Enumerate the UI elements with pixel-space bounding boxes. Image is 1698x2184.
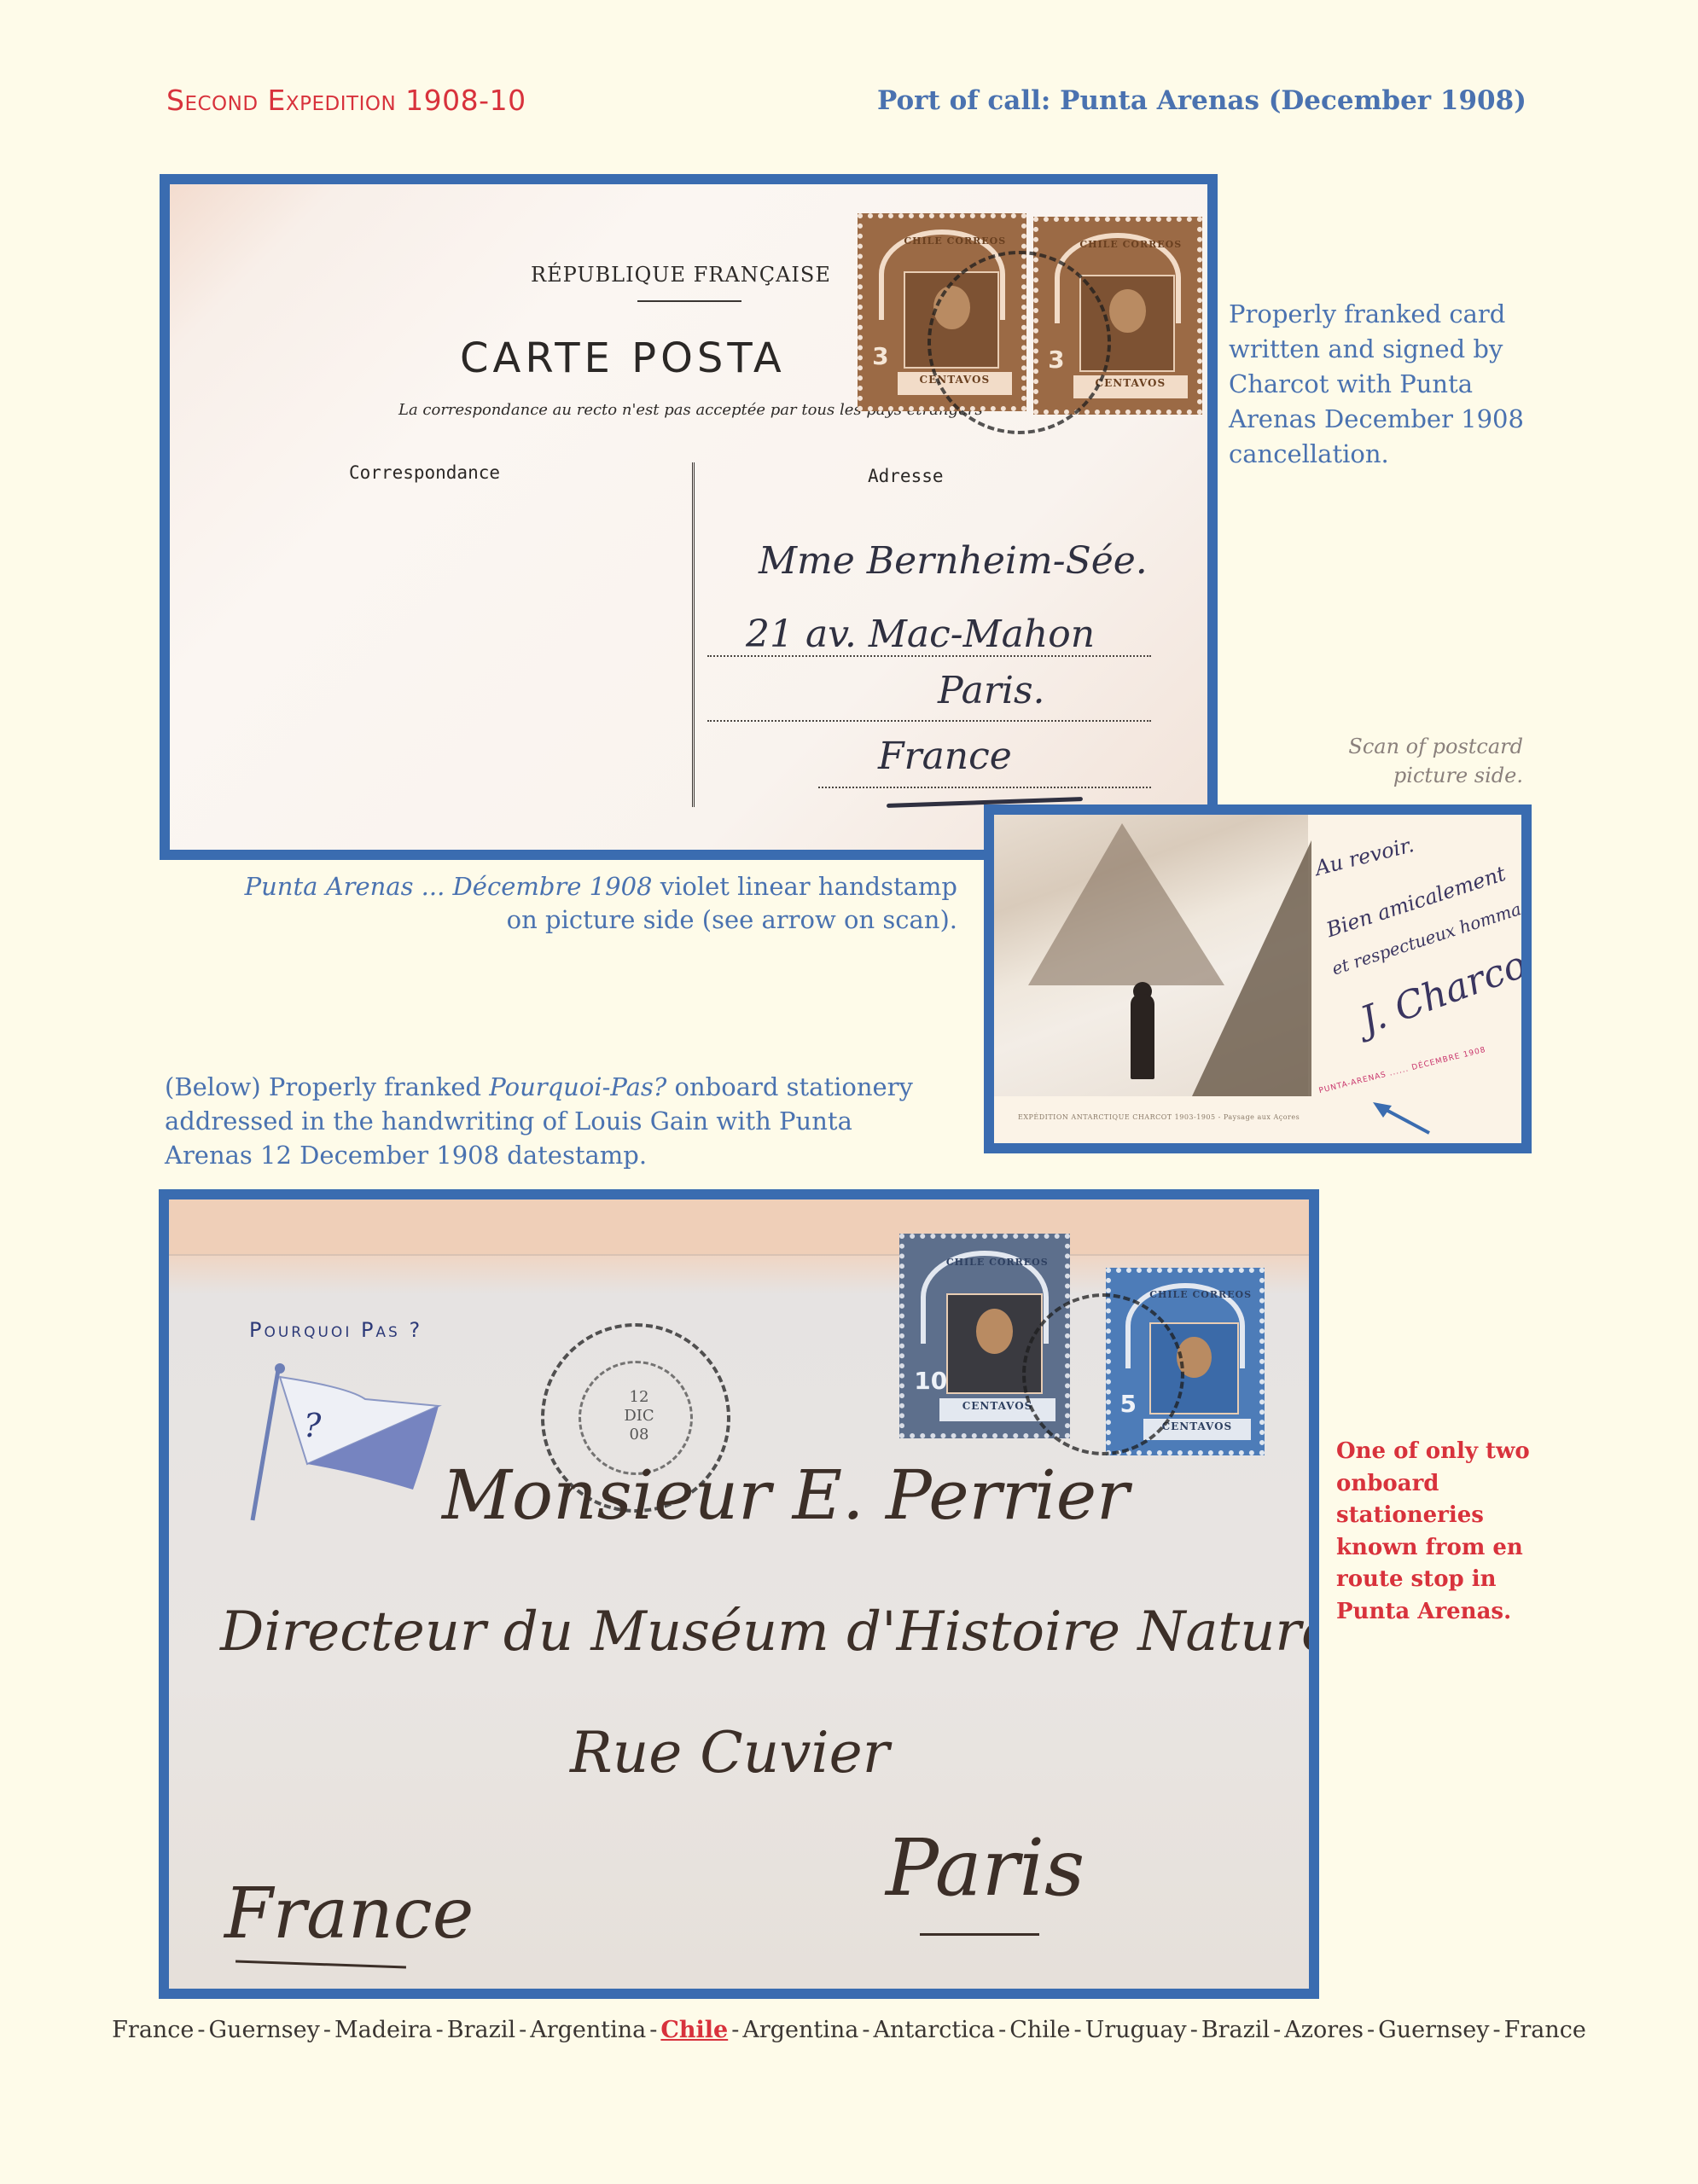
itinerary-stop: France [1504, 2017, 1586, 2043]
ship-letterhead: Pourquoi Pas ? [249, 1318, 422, 1342]
itinerary-separator: - [436, 2017, 444, 2043]
handwritten-address-line: Directeur du Muséum d'Histoire Naturelle [220, 1600, 1309, 1664]
port-of-call-title: Port of call: Punta Arenas (December 190… [877, 85, 1526, 116]
itinerary-separator: - [1073, 2017, 1081, 2043]
itinerary-separator: - [731, 2017, 739, 2043]
envelope-caption: (Below) Properly franked Pourquoi-Pas? o… [165, 1070, 933, 1172]
handstamp-caption: Punta Arenas ... Décembre 1908 violet li… [171, 870, 957, 937]
itinerary-separator: - [197, 2017, 205, 2043]
handwritten-address-line: Paris [886, 1822, 1085, 1914]
postcard-address-side: RÉPUBLIQUE FRANÇAISE CARTE POSTA La corr… [160, 174, 1218, 860]
rarity-note: One of only two onboard stationeries kno… [1336, 1436, 1541, 1628]
itinerary-stop: France [112, 2017, 194, 2043]
antarctic-photo [994, 815, 1308, 1096]
expedition-itinerary: France-Guernsey-Madeira-Brazil-Argentina… [0, 2017, 1698, 2043]
itinerary-separator: - [649, 2017, 657, 2043]
punta-arenas-cancellation [928, 251, 1111, 434]
handstamp-text-italic: Punta Arenas ... Décembre 1908 [245, 872, 653, 901]
itinerary-stop: Argentina [530, 2017, 646, 2043]
arrow-icon [1369, 1101, 1438, 1138]
itinerary-stop: Guernsey [1378, 2017, 1489, 2043]
handwriting-underline [920, 1933, 1039, 1936]
postcard-picture-side: EXPÉDITION ANTARCTIQUE CHARCOT 1903-1905… [984, 804, 1532, 1153]
carte-postale-heading: CARTE POSTA [460, 334, 786, 382]
correspondance-label: Correspondance [349, 462, 500, 483]
itinerary-stop: Azores [1284, 2017, 1364, 2043]
itinerary-stop-current: Chile [660, 2017, 728, 2043]
itinerary-stop: Madeira [334, 2017, 433, 2043]
pennant-flag-icon: ? [246, 1362, 451, 1524]
postcard-divider [692, 462, 695, 807]
republique-francaise-heading: RÉPUBLIQUE FRANÇAISE [531, 263, 831, 287]
itinerary-stop: Uruguay [1085, 2017, 1187, 2043]
itinerary-separator: - [323, 2017, 331, 2043]
itinerary-separator: - [1492, 2017, 1500, 2043]
itinerary-stop: Guernsey [209, 2017, 320, 2043]
heading-rule [637, 300, 741, 302]
address-line [818, 787, 1151, 788]
handwritten-address-line: France [878, 735, 1012, 778]
itinerary-stop: Argentina [742, 2017, 858, 2043]
section-title: Second Expedition 1908-10 [166, 84, 526, 117]
itinerary-separator: - [1273, 2017, 1281, 2043]
handwritten-address-line: Paris. [938, 669, 1045, 712]
postcard-description: Properly franked card written and signed… [1229, 297, 1553, 472]
itinerary-separator: - [998, 2017, 1006, 2043]
pourquoi-pas-envelope: Pourquoi Pas ? ? 12 DIC 08 CHILE CORREOS… [159, 1189, 1319, 1999]
itinerary-separator: - [1190, 2017, 1198, 2043]
handwritten-address-line: France [224, 1873, 474, 1955]
stamp-cancellation [1022, 1293, 1184, 1455]
violet-linear-handstamp: PUNTA-ARENAS ...... DÉCEMBRE 1908 [1318, 1046, 1487, 1095]
itinerary-stop: Chile [1009, 2017, 1070, 2043]
itinerary-stop: Antarctica [873, 2017, 995, 2043]
itinerary-separator: - [519, 2017, 526, 2043]
standing-figure [1131, 994, 1154, 1079]
itinerary-stop: Brazil [1201, 2017, 1270, 2043]
handwriting-underline [236, 1960, 406, 1969]
scan-label: Scan of postcard picture side. [1331, 732, 1523, 790]
itinerary-stop: Brazil [447, 2017, 515, 2043]
envelope-torn-flap [169, 1199, 1309, 1256]
itinerary-separator: - [1367, 2017, 1375, 2043]
svg-text:?: ? [304, 1407, 322, 1444]
adresse-label: Adresse [868, 466, 944, 486]
handwritten-note: Au revoir. [1312, 833, 1416, 880]
photo-printed-caption: EXPÉDITION ANTARCTIQUE CHARCOT 1903-1905… [1018, 1113, 1300, 1121]
handwritten-address-line: Mme Bernheim-Sée. [759, 539, 1148, 583]
ship-name-italic: Pourquoi-Pas? [489, 1072, 666, 1101]
itinerary-separator: - [862, 2017, 869, 2043]
handwritten-address-line: 21 av. Mac-Mahon [746, 613, 1095, 656]
address-line [707, 720, 1151, 722]
handwritten-address-line: Monsieur E. Perrier [442, 1455, 1129, 1535]
handwritten-address-line: Rue Cuvier [570, 1720, 889, 1786]
